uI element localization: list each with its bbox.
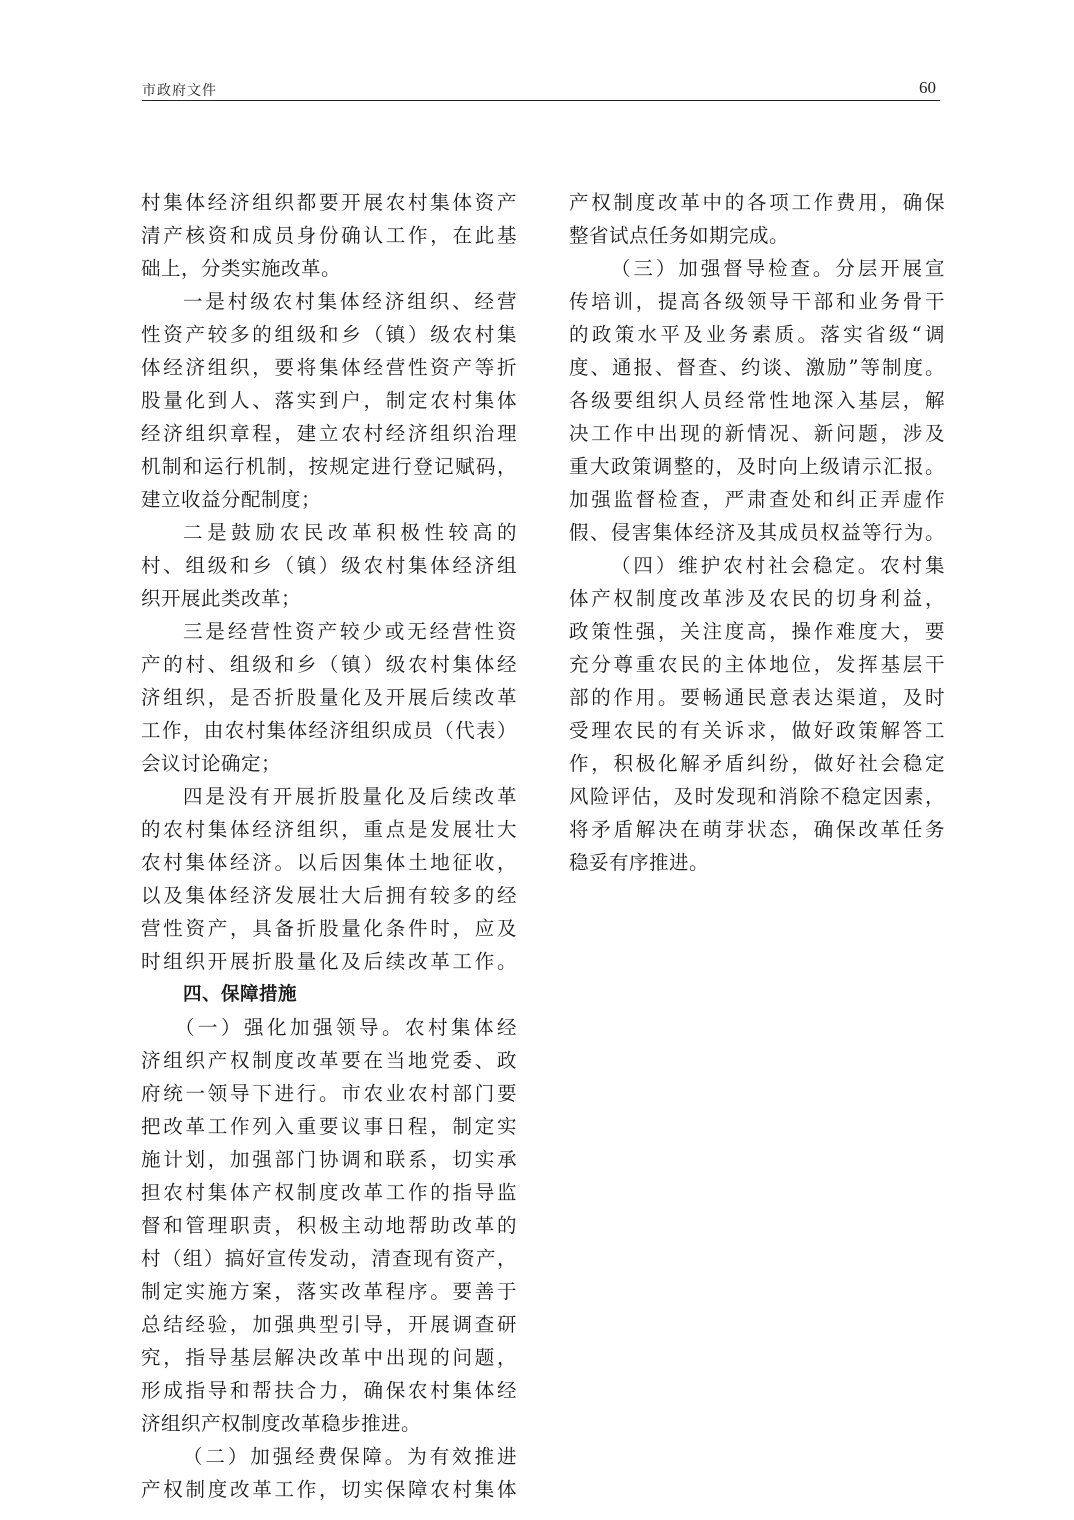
text-line: 性资产较多的组级和乡（镇）级农村集	[141, 318, 517, 351]
text-line: 济组织产权制度改革要在当地党委、政	[141, 1044, 517, 1077]
text-line: 传培训，提高各级领导干部和业务骨干	[569, 285, 945, 318]
text-line: 村（组）搞好宣传发动，清查现有资产，	[141, 1242, 517, 1275]
text-line: 假、侵害集体经济及其成员权益等行为。	[569, 516, 945, 549]
text-line: （四）维护农村社会稳定。农村集	[569, 549, 945, 582]
text-line: 将矛盾解决在萌芽状态，确保改革任务	[569, 813, 945, 846]
text-line: 体产权制度改革涉及农民的切身利益，	[569, 582, 945, 615]
text-line: 部的作用。要畅通民意表达渠道，及时	[569, 681, 945, 714]
text-line: 风险评估，及时发现和消除不稳定因素，	[569, 780, 945, 813]
page-header: 市政府文件 60	[142, 78, 940, 101]
text-line: 受理农民的有关诉求，做好政策解答工	[569, 714, 945, 747]
text-line: 担农村集体产权制度改革工作的指导监	[141, 1176, 517, 1209]
text-line: 度、通报、督查、约谈、激励”等制度。	[569, 351, 945, 384]
text-line: 各级要组织人员经常性地深入基层，解	[569, 384, 945, 417]
right-column: 产权制度改革中的各项工作费用，确保整省试点任务如期完成。（三）加强督导检查。分层…	[569, 186, 945, 879]
text-line: 农村集体经济。以后因集体土地征收，	[141, 846, 517, 879]
text-line: 政策性强，关注度高，操作难度大，要	[569, 615, 945, 648]
text-line: 产的村、组级和乡（镇）级农村集体经	[141, 648, 517, 681]
text-line: 工作，由农村集体经济组织成员（代表）	[141, 714, 517, 747]
text-line: 股量化到人、落实到户，制定农村集体	[141, 384, 517, 417]
text-line: 经济组织章程，建立农村经济组织治理	[141, 417, 517, 450]
text-line: 时组织开展折股量化及后续改革工作。	[141, 945, 517, 978]
text-line: 决工作中出现的新情况、新问题，涉及	[569, 417, 945, 450]
text-line: 济组织产权制度改革稳步推进。	[141, 1407, 517, 1440]
text-line: 清产核资和成员身份确认工作，在此基	[141, 219, 517, 252]
text-line: 营性资产，具备折股量化条件时，应及	[141, 912, 517, 945]
text-line: 制定实施方案，落实改革程序。要善于	[141, 1275, 517, 1308]
text-line: （三）加强督导检查。分层开展宣	[569, 252, 945, 285]
text-line: 的农村集体经济组织，重点是发展壮大	[141, 813, 517, 846]
text-line: 二是鼓励农民改革积极性较高的	[141, 516, 517, 549]
text-line: 村集体经济组织都要开展农村集体资产	[141, 186, 517, 219]
text-line: 济组织，是否折股量化及开展后续改革	[141, 681, 517, 714]
text-line: 重大政策调整的，及时向上级请示汇报。	[569, 450, 945, 483]
text-line: 稳妥有序推进。	[569, 846, 945, 879]
text-line: 以及集体经济发展壮大后拥有较多的经	[141, 879, 517, 912]
text-line: 督和管理职责，积极主动地帮助改革的	[141, 1209, 517, 1242]
header-title: 市政府文件	[142, 80, 217, 100]
text-line: 础上，分类实施改革。	[141, 252, 517, 285]
text-line: 体经济组织，要将集体经营性资产等折	[141, 351, 517, 384]
text-line: 村、组级和乡（镇）级农村集体经济组	[141, 549, 517, 582]
text-line: 产权制度改革中的各项工作费用，确保	[569, 186, 945, 219]
text-line: 总结经验，加强典型引导，开展调查研	[141, 1308, 517, 1341]
text-line: 产权制度改革工作，切实保障农村集体	[141, 1473, 517, 1506]
text-line: 整省试点任务如期完成。	[569, 219, 945, 252]
left-column: 村集体经济组织都要开展农村集体资产清产核资和成员身份确认工作，在此基础上，分类实…	[141, 186, 517, 1506]
text-line: 四是没有开展折股量化及后续改革	[141, 780, 517, 813]
text-line: 形成指导和帮扶合力，确保农村集体经	[141, 1374, 517, 1407]
text-line: 把改革工作列入重要议事日程，制定实	[141, 1110, 517, 1143]
text-line: 会议讨论确定；	[141, 747, 517, 780]
page-number: 60	[919, 78, 936, 98]
section-heading: 四、保障措施	[141, 978, 517, 1011]
text-line: 加强监督检查，严肃查处和纠正弄虚作	[569, 483, 945, 516]
text-line: 究，指导基层解决改革中出现的问题，	[141, 1341, 517, 1374]
text-line: 三是经营性资产较少或无经营性资	[141, 615, 517, 648]
text-line: 建立收益分配制度；	[141, 483, 517, 516]
text-line: （一）强化加强领导。农村集体经	[141, 1011, 517, 1044]
text-line: 机制和运行机制，按规定进行登记赋码，	[141, 450, 517, 483]
text-line: 一是村级农村集体经济组织、经营	[141, 285, 517, 318]
text-line: 的政策水平及业务素质。落实省级“调	[569, 318, 945, 351]
text-line: （二）加强经费保障。为有效推进	[141, 1440, 517, 1473]
text-line: 府统一领导下进行。市农业农村部门要	[141, 1077, 517, 1110]
text-line: 作，积极化解矛盾纠纷，做好社会稳定	[569, 747, 945, 780]
text-line: 织开展此类改革；	[141, 582, 517, 615]
text-line: 施计划，加强部门协调和联系，切实承	[141, 1143, 517, 1176]
text-line: 充分尊重农民的主体地位，发挥基层干	[569, 648, 945, 681]
